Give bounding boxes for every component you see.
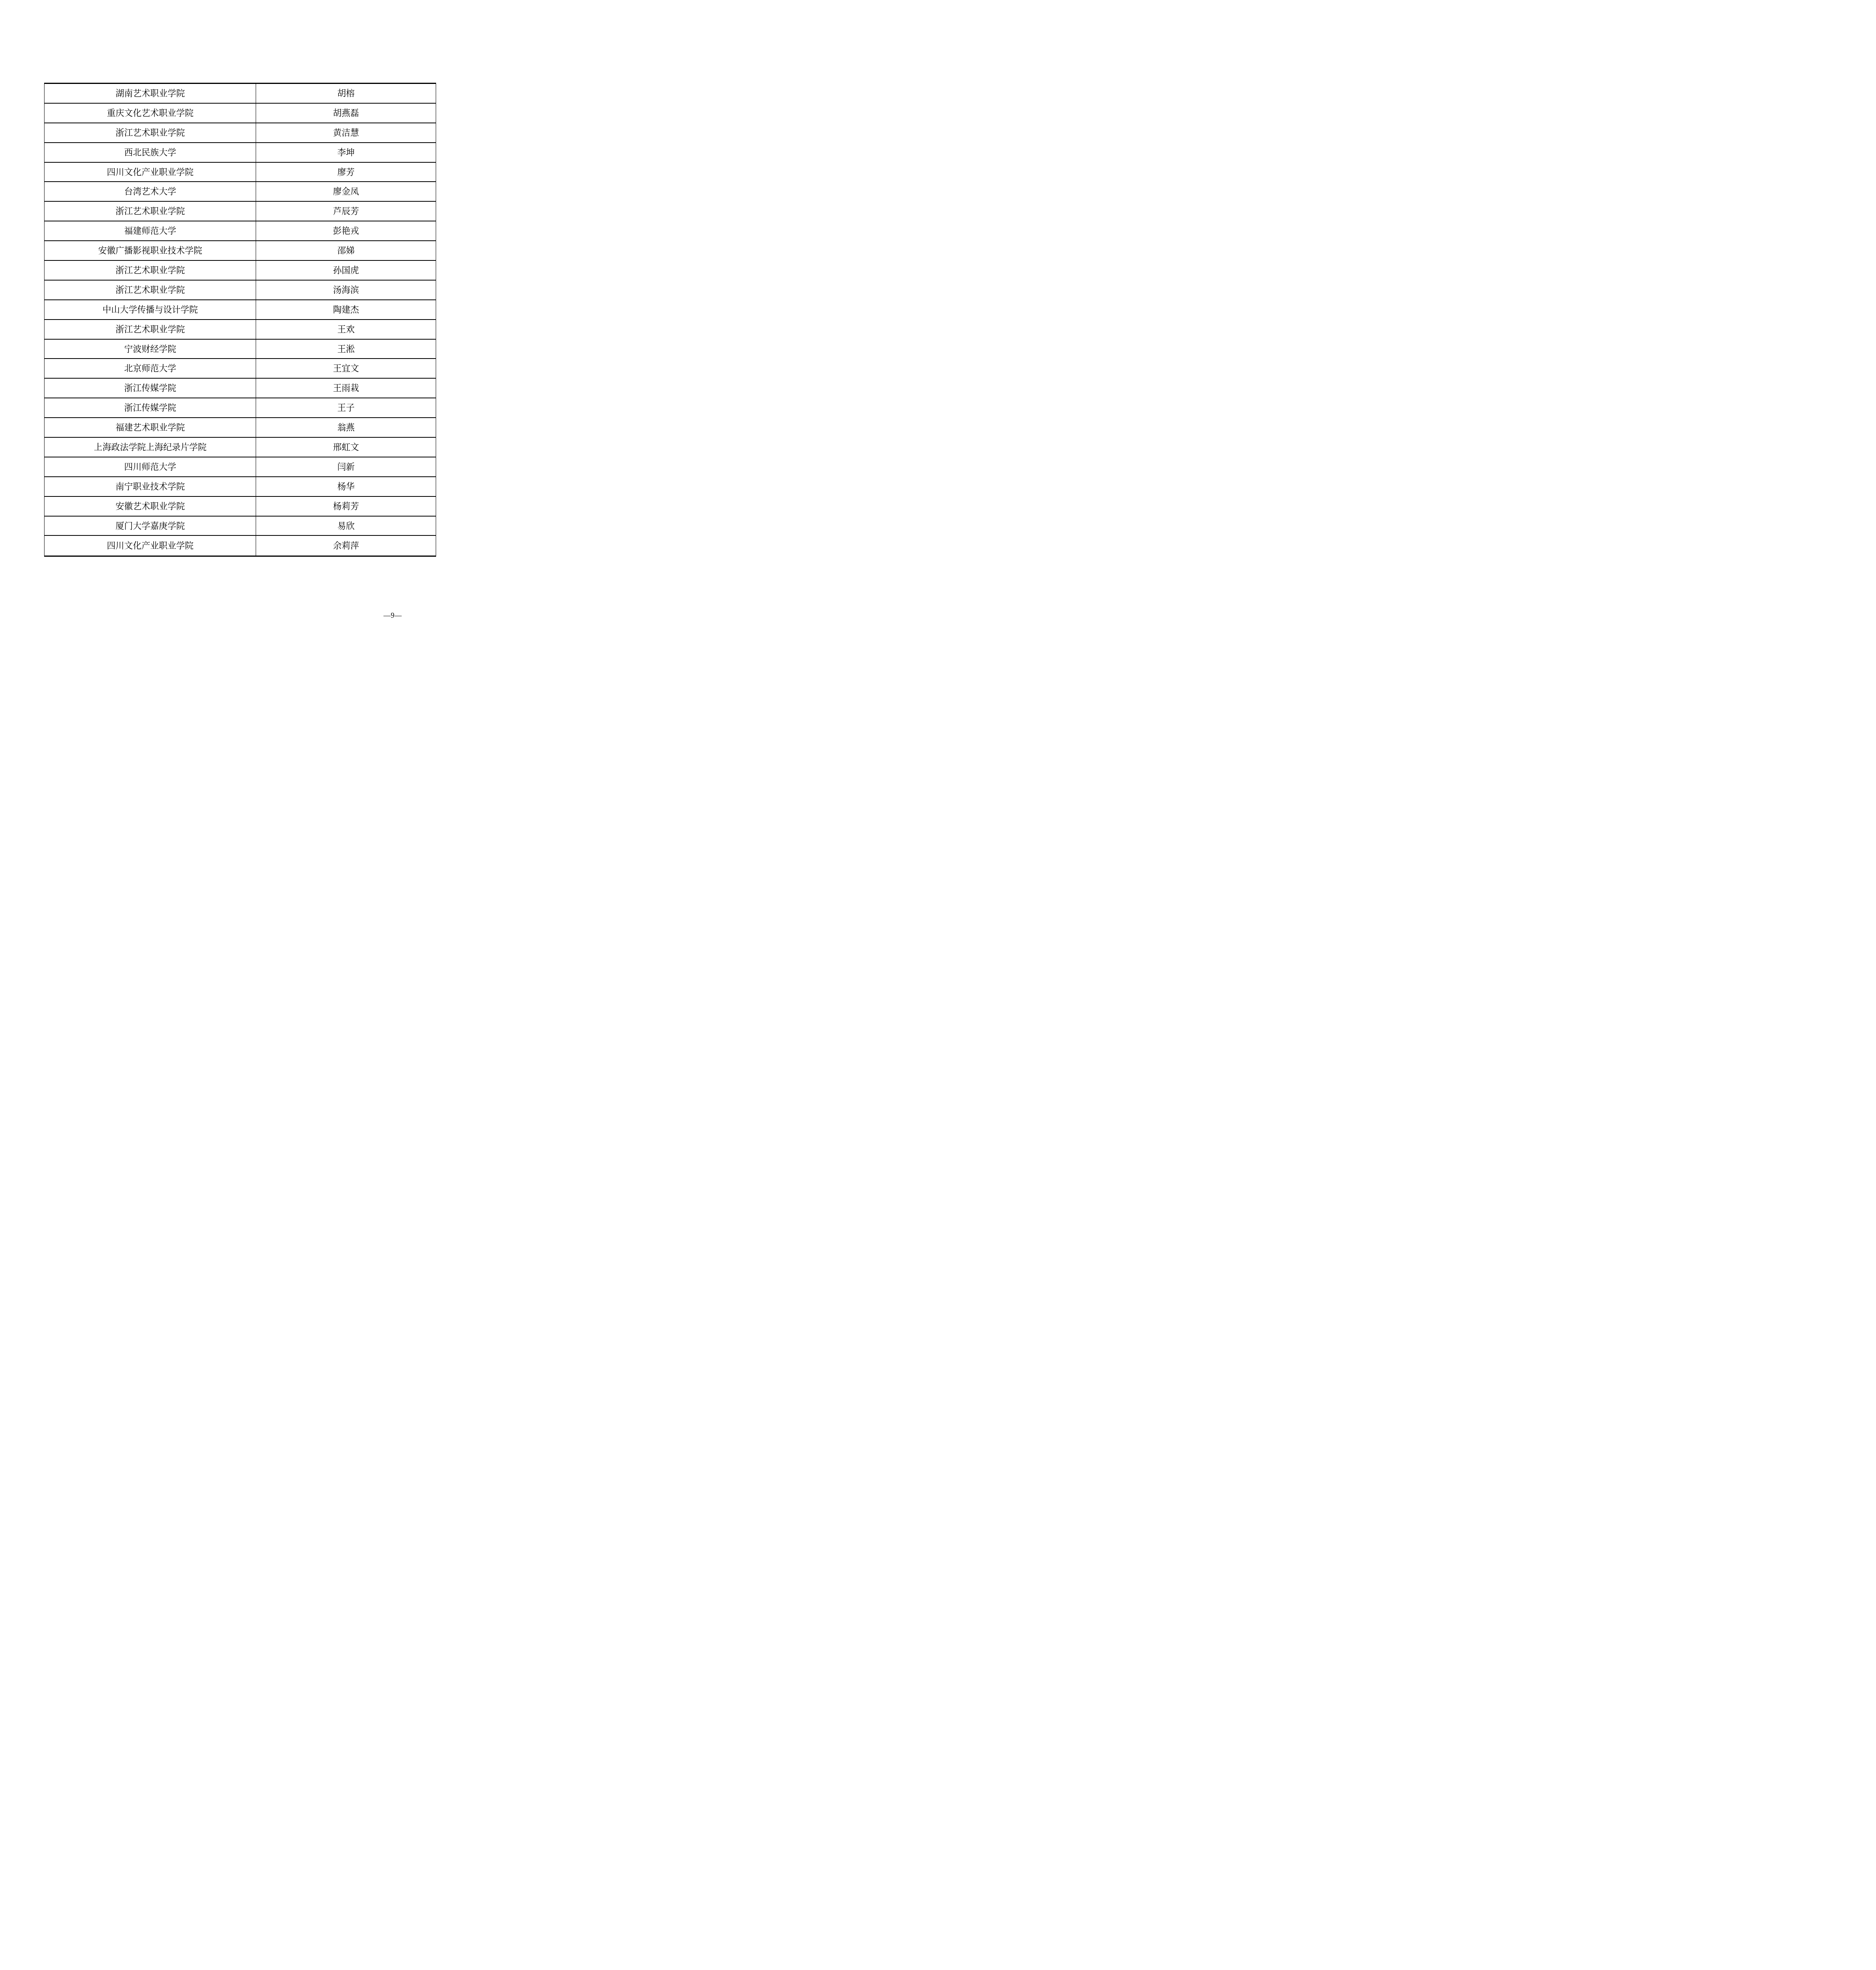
- person-name-cell: 陶建杰: [256, 300, 436, 319]
- table-row: 西北民族大学李坤: [45, 143, 436, 163]
- table-row: 福建艺术职业学院翁燕: [45, 418, 436, 438]
- school-cell: 厦门大学嘉庚学院: [45, 517, 256, 535]
- school-cell: 浙江艺术职业学院: [45, 261, 256, 280]
- school-cell: 安徽艺术职业学院: [45, 497, 256, 516]
- person-name-cell: 廖金凤: [256, 182, 436, 201]
- table-row: 浙江传媒学院王子: [45, 398, 436, 418]
- page-number: —9—: [384, 611, 402, 620]
- table-row: 重庆文化艺术职业学院胡燕磊: [45, 104, 436, 123]
- person-name-cell: 易欣: [256, 517, 436, 535]
- school-cell: 台湾艺术大学: [45, 182, 256, 201]
- table-row: 宁波财经学院王淞: [45, 340, 436, 359]
- person-name-cell: 黄洁慧: [256, 123, 436, 142]
- table-row: 四川文化产业职业学院余莉萍: [45, 536, 436, 556]
- awards-table: 湖南艺术职业学院胡榕重庆文化艺术职业学院胡燕磊浙江艺术职业学院黄洁慧西北民族大学…: [44, 83, 436, 557]
- person-name-cell: 彭艳戎: [256, 221, 436, 240]
- school-cell: 安徽广播影视职业技术学院: [45, 241, 256, 260]
- table-row: 浙江艺术职业学院黄洁慧: [45, 123, 436, 143]
- person-name-cell: 汤海滨: [256, 281, 436, 299]
- school-cell: 重庆文化艺术职业学院: [45, 104, 256, 123]
- school-cell: 四川师范大学: [45, 457, 256, 476]
- person-name-cell: 王宜文: [256, 359, 436, 378]
- table-row: 浙江艺术职业学院汤海滨: [45, 281, 436, 300]
- table-row: 厦门大学嘉庚学院易欣: [45, 517, 436, 536]
- school-cell: 四川文化产业职业学院: [45, 163, 256, 182]
- school-cell: 四川文化产业职业学院: [45, 536, 256, 556]
- person-name-cell: 杨莉芳: [256, 497, 436, 516]
- person-name-cell: 胡燕磊: [256, 104, 436, 123]
- table-row: 浙江传媒学院王雨栽: [45, 379, 436, 398]
- table-row: 湖南艺术职业学院胡榕: [45, 84, 436, 104]
- school-cell: 中山大学传播与设计学院: [45, 300, 256, 319]
- person-name-cell: 邢虹文: [256, 438, 436, 457]
- table-row: 中山大学传播与设计学院陶建杰: [45, 300, 436, 320]
- school-cell: 福建艺术职业学院: [45, 418, 256, 437]
- person-name-cell: 杨华: [256, 477, 436, 496]
- person-name-cell: 余莉萍: [256, 536, 436, 556]
- person-name-cell: 芦辰芳: [256, 202, 436, 221]
- person-name-cell: 王雨栽: [256, 379, 436, 398]
- table-row: 浙江艺术职业学院王欢: [45, 320, 436, 340]
- document-page: 湖南艺术职业学院胡榕重庆文化艺术职业学院胡燕磊浙江艺术职业学院黄洁慧西北民族大学…: [0, 0, 469, 663]
- school-cell: 湖南艺术职业学院: [45, 84, 256, 103]
- person-name-cell: 胡榕: [256, 84, 436, 103]
- person-name-cell: 廖芳: [256, 163, 436, 182]
- table-row: 南宁职业技术学院杨华: [45, 477, 436, 497]
- table-row: 上海政法学院上海纪录片学院邢虹文: [45, 438, 436, 457]
- school-cell: 上海政法学院上海纪录片学院: [45, 438, 256, 457]
- school-cell: 宁波财经学院: [45, 340, 256, 359]
- person-name-cell: 李坤: [256, 143, 436, 162]
- person-name-cell: 王子: [256, 398, 436, 417]
- person-name-cell: 王欢: [256, 320, 436, 339]
- person-name-cell: 王淞: [256, 340, 436, 359]
- school-cell: 浙江传媒学院: [45, 379, 256, 398]
- person-name-cell: 邵娣: [256, 241, 436, 260]
- school-cell: 北京师范大学: [45, 359, 256, 378]
- table-row: 安徽广播影视职业技术学院邵娣: [45, 241, 436, 261]
- person-name-cell: 闫新: [256, 457, 436, 476]
- table-row: 福建师范大学彭艳戎: [45, 221, 436, 241]
- school-cell: 浙江艺术职业学院: [45, 202, 256, 221]
- table-row: 台湾艺术大学廖金凤: [45, 182, 436, 202]
- school-cell: 浙江艺术职业学院: [45, 281, 256, 299]
- person-name-cell: 孙国虎: [256, 261, 436, 280]
- table-row: 浙江艺术职业学院芦辰芳: [45, 202, 436, 221]
- table-row: 安徽艺术职业学院杨莉芳: [45, 497, 436, 517]
- person-name-cell: 翁燕: [256, 418, 436, 437]
- table-row: 浙江艺术职业学院孙国虎: [45, 261, 436, 281]
- school-cell: 西北民族大学: [45, 143, 256, 162]
- school-cell: 福建师范大学: [45, 221, 256, 240]
- school-cell: 南宁职业技术学院: [45, 477, 256, 496]
- table-row: 四川文化产业职业学院廖芳: [45, 163, 436, 182]
- school-cell: 浙江艺术职业学院: [45, 320, 256, 339]
- school-cell: 浙江传媒学院: [45, 398, 256, 417]
- school-cell: 浙江艺术职业学院: [45, 123, 256, 142]
- table-row: 四川师范大学闫新: [45, 457, 436, 477]
- table-row: 北京师范大学王宜文: [45, 359, 436, 379]
